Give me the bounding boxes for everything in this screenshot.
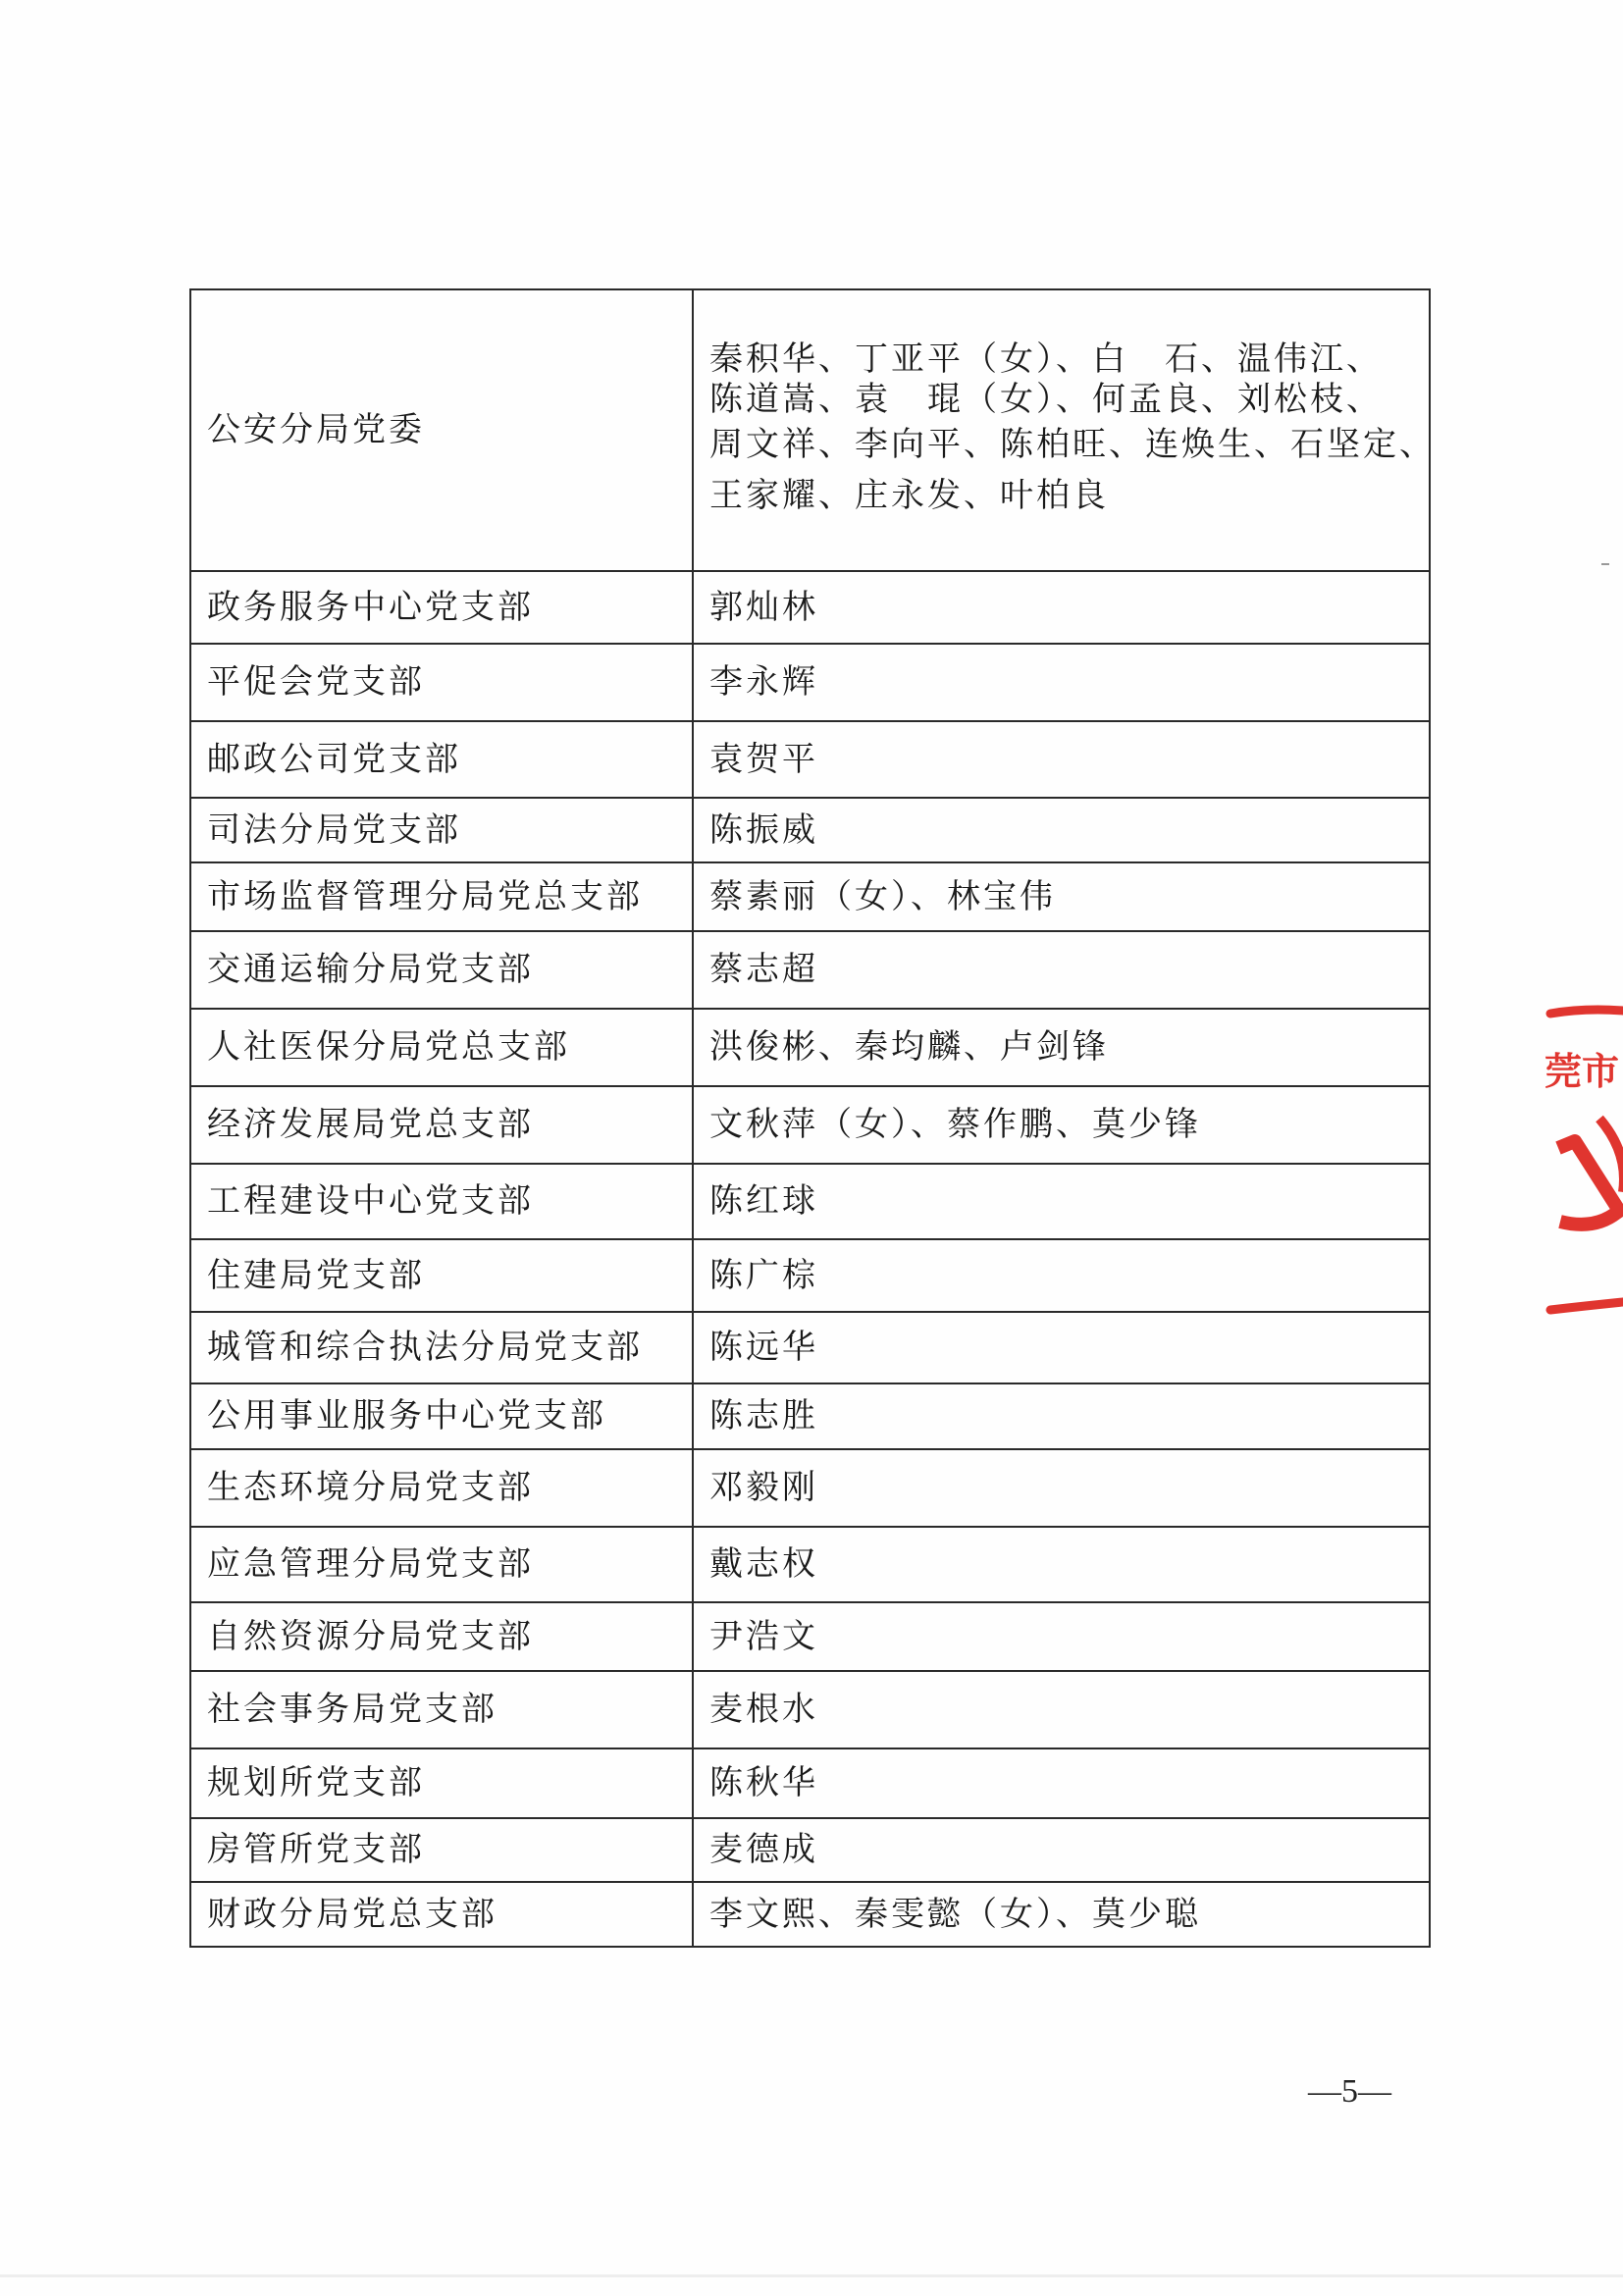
names-cell: 麦根水 xyxy=(693,1671,1430,1748)
table-row: 市场监督管理分局党总支部 蔡素丽（女）、林宝伟 xyxy=(190,862,1430,931)
unit-cell: 社会事务局党支部 xyxy=(190,1671,693,1748)
table-row: 规划所党支部 陈秋华 xyxy=(190,1748,1430,1818)
unit-cell: 司法分局党支部 xyxy=(190,798,693,862)
unit-cell: 公安分局党委 xyxy=(190,289,693,571)
unit-cell: 房管所党支部 xyxy=(190,1818,693,1882)
names-cell: 文秋萍（女）、蔡作鹏、莫少锋 xyxy=(693,1086,1430,1164)
unit-cell: 生态环境分局党支部 xyxy=(190,1449,693,1527)
party-organization-roster-table: 公安分局党委 秦积华、丁亚平（女）、白 石、温伟江、 陈道嵩、袁 琨（女）、何孟… xyxy=(189,288,1431,1948)
names-cell: 李文熙、秦雯懿（女）、莫少聪 xyxy=(693,1882,1430,1947)
table-row: 邮政公司党支部 袁贺平 xyxy=(190,721,1430,798)
unit-cell: 邮政公司党支部 xyxy=(190,721,693,798)
table-row: 交通运输分局党支部 蔡志超 xyxy=(190,931,1430,1009)
unit-cell: 公用事业服务中心党支部 xyxy=(190,1383,693,1449)
names-cell: 郭灿林 xyxy=(693,571,1430,644)
names-line: 王家耀、庄永发、叶柏良 xyxy=(709,470,1421,521)
names-cell: 尹浩文 xyxy=(693,1602,1430,1671)
unit-cell: 市场监督管理分局党总支部 xyxy=(190,862,693,931)
unit-cell: 自然资源分局党支部 xyxy=(190,1602,693,1671)
names-cell: 邓毅刚 xyxy=(693,1449,1430,1527)
official-seal-stamp: 莞市 xyxy=(1531,986,1623,1320)
scan-edge-mark xyxy=(1601,563,1609,565)
unit-cell: 经济发展局党总支部 xyxy=(190,1086,693,1164)
names-cell: 李永辉 xyxy=(693,644,1430,721)
names-line: 周文祥、李向平、陈柏旺、连焕生、石坚定、 xyxy=(709,419,1421,470)
names-cell: 洪俊彬、秦均麟、卢剑锋 xyxy=(693,1009,1430,1086)
unit-cell: 应急管理分局党支部 xyxy=(190,1527,693,1602)
unit-cell: 城管和综合执法分局党支部 xyxy=(190,1312,693,1383)
table-row: 应急管理分局党支部 戴志权 xyxy=(190,1527,1430,1602)
table-row: 财政分局党总支部 李文熙、秦雯懿（女）、莫少聪 xyxy=(190,1882,1430,1947)
names-cell: 戴志权 xyxy=(693,1527,1430,1602)
table-row: 公用事业服务中心党支部 陈志胜 xyxy=(190,1383,1430,1449)
table-row: 公安分局党委 秦积华、丁亚平（女）、白 石、温伟江、 陈道嵩、袁 琨（女）、何孟… xyxy=(190,289,1430,571)
names-cell: 陈志胜 xyxy=(693,1383,1430,1449)
seal-text: 莞市 xyxy=(1544,1050,1619,1093)
document-page: 公安分局党委 秦积华、丁亚平（女）、白 石、温伟江、 陈道嵩、袁 琨（女）、何孟… xyxy=(0,0,1623,2296)
names-cell: 袁贺平 xyxy=(693,721,1430,798)
names-line: 秦积华、丁亚平（女）、白 石、温伟江、 xyxy=(709,339,1421,380)
names-cell: 蔡素丽（女）、林宝伟 xyxy=(693,862,1430,931)
table-row: 城管和综合执法分局党支部 陈远华 xyxy=(190,1312,1430,1383)
unit-cell: 规划所党支部 xyxy=(190,1748,693,1818)
names-cell: 蔡志超 xyxy=(693,931,1430,1009)
table-row: 政务服务中心党支部 郭灿林 xyxy=(190,571,1430,644)
table-row: 住建局党支部 陈广棕 xyxy=(190,1239,1430,1312)
seal-circle-icon: 莞市 xyxy=(1531,986,1623,1320)
names-cell: 陈红球 xyxy=(693,1164,1430,1239)
unit-cell: 政务服务中心党支部 xyxy=(190,571,693,644)
table-row: 自然资源分局党支部 尹浩文 xyxy=(190,1602,1430,1671)
table-row: 人社医保分局党总支部 洪俊彬、秦均麟、卢剑锋 xyxy=(190,1009,1430,1086)
names-cell: 陈远华 xyxy=(693,1312,1430,1383)
unit-cell: 平促会党支部 xyxy=(190,644,693,721)
names-line: 陈道嵩、袁 琨（女）、何孟良、刘松枝、 xyxy=(709,380,1421,420)
table-row: 工程建设中心党支部 陈红球 xyxy=(190,1164,1430,1239)
table-row: 司法分局党支部 陈振威 xyxy=(190,798,1430,862)
names-cell: 陈秋华 xyxy=(693,1748,1430,1818)
hammer-sickle-icon xyxy=(1558,1119,1623,1225)
names-cell: 麦德成 xyxy=(693,1818,1430,1882)
table-row: 社会事务局党支部 麦根水 xyxy=(190,1671,1430,1748)
scan-bottom-edge xyxy=(0,2274,1623,2277)
table-row: 经济发展局党总支部 文秋萍（女）、蔡作鹏、莫少锋 xyxy=(190,1086,1430,1164)
table-row: 平促会党支部 李永辉 xyxy=(190,644,1430,721)
names-cell: 陈振威 xyxy=(693,798,1430,862)
names-cell: 秦积华、丁亚平（女）、白 石、温伟江、 陈道嵩、袁 琨（女）、何孟良、刘松枝、 … xyxy=(693,289,1430,571)
unit-cell: 住建局党支部 xyxy=(190,1239,693,1312)
unit-cell: 交通运输分局党支部 xyxy=(190,931,693,1009)
table-row: 生态环境分局党支部 邓毅刚 xyxy=(190,1449,1430,1527)
unit-cell: 财政分局党总支部 xyxy=(190,1882,693,1947)
unit-cell: 人社医保分局党总支部 xyxy=(190,1009,693,1086)
table-row: 房管所党支部 麦德成 xyxy=(190,1818,1430,1882)
page-number: —5— xyxy=(1308,2073,1391,2111)
names-cell: 陈广棕 xyxy=(693,1239,1430,1312)
unit-cell: 工程建设中心党支部 xyxy=(190,1164,693,1239)
